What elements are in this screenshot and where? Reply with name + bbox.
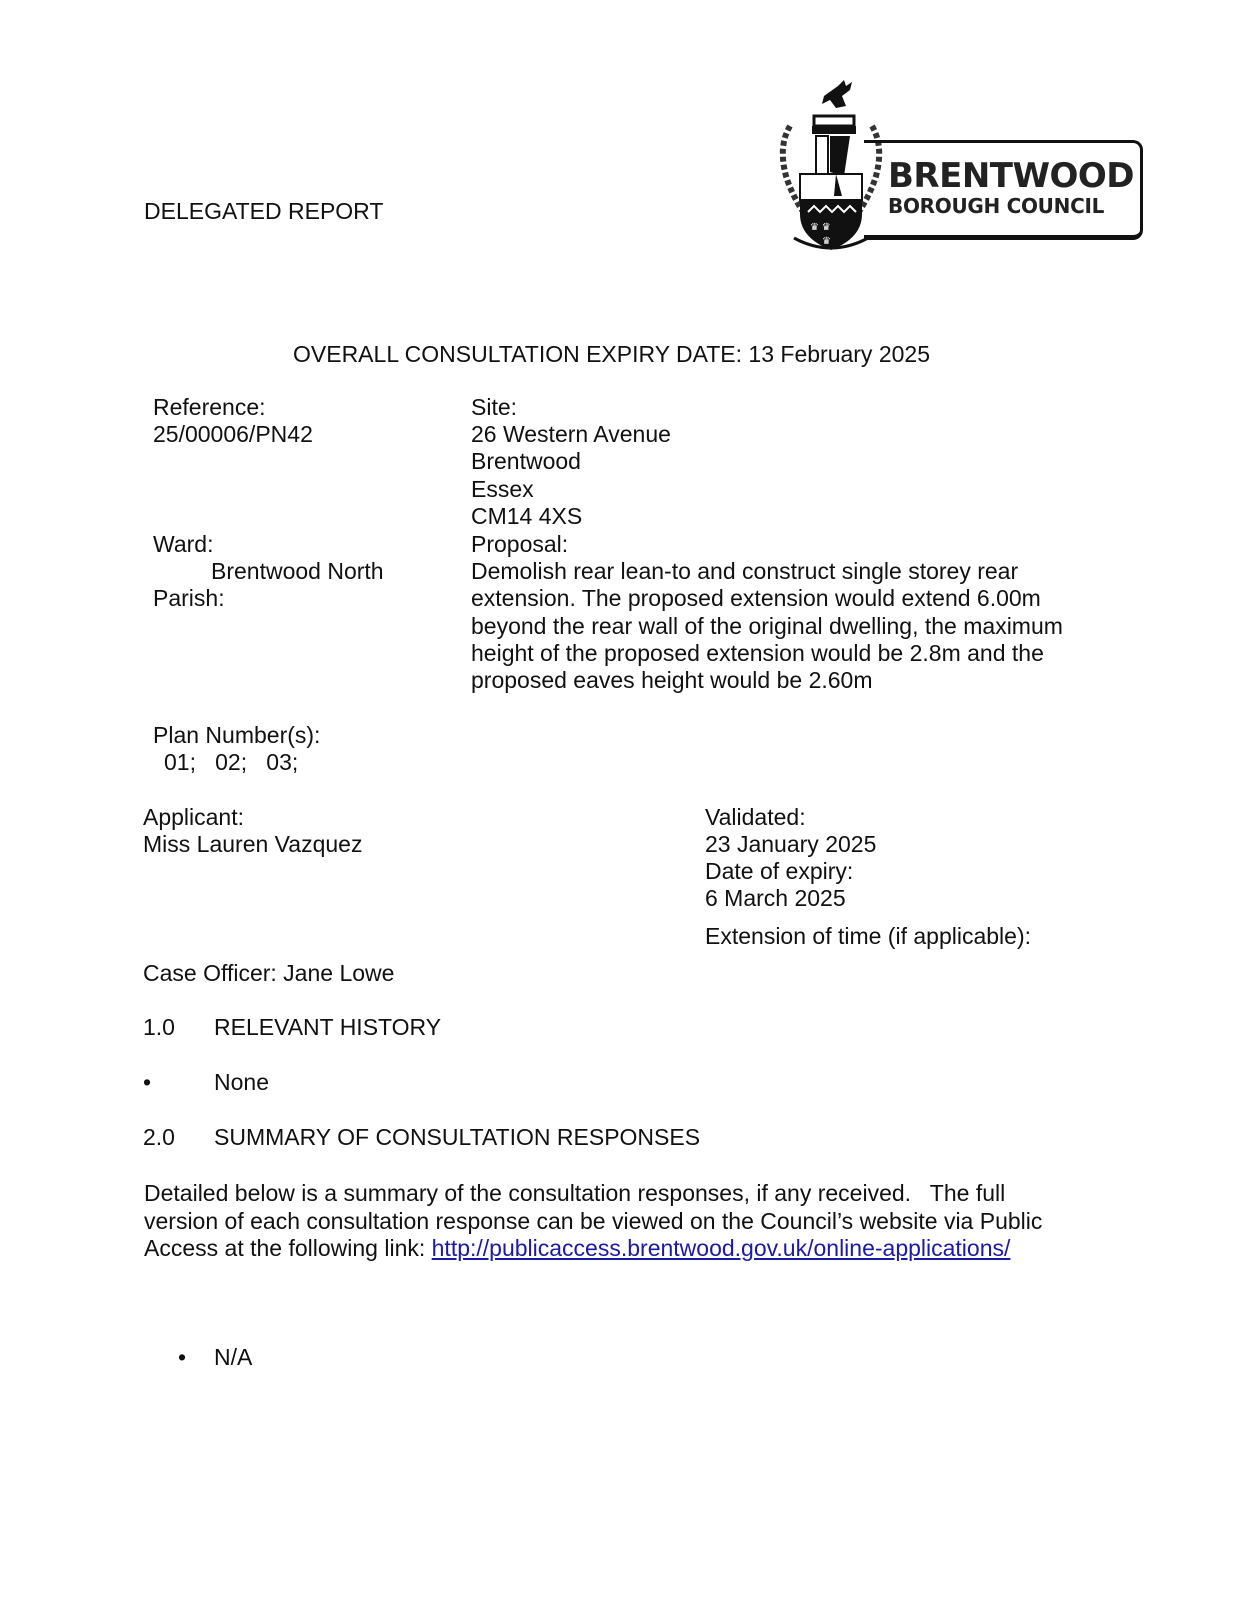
validated-label: Validated: xyxy=(705,804,806,831)
expiry-value: 6 March 2025 xyxy=(705,885,846,912)
site-line: CM14 4XS xyxy=(471,503,582,530)
expiry-label: Date of expiry: xyxy=(705,858,853,885)
proposal-label: Proposal: xyxy=(471,531,568,558)
applicant-value: Miss Lauren Vazquez xyxy=(143,831,362,858)
section-heading-consultation-responses: SUMMARY OF CONSULTATION RESPONSES xyxy=(214,1124,700,1151)
ward-value: Brentwood North xyxy=(211,558,384,585)
svg-text:♛ ♛: ♛ ♛ xyxy=(810,222,831,233)
applicant-label: Applicant: xyxy=(143,804,244,831)
bullet-icon: • xyxy=(178,1344,186,1371)
site-line: 26 Western Avenue xyxy=(471,421,671,448)
svg-text:♛: ♛ xyxy=(822,236,831,247)
extension-of-time-label: Extension of time (if applicable): xyxy=(705,923,1031,950)
consultation-expiry: OVERALL CONSULTATION EXPIRY DATE: 13 Feb… xyxy=(293,341,930,368)
validated-value: 23 January 2025 xyxy=(705,831,876,858)
public-access-link[interactable]: http://publicaccess.brentwood.gov.uk/onl… xyxy=(432,1235,1011,1261)
parish-label: Parish: xyxy=(153,585,225,612)
logo-line-1: BRENTWOOD xyxy=(888,156,1134,196)
section-number: 1.0 xyxy=(143,1014,175,1041)
reference-label: Reference: xyxy=(153,394,266,421)
proposal-text: Demolish rear lean-to and construct sing… xyxy=(471,558,1091,694)
case-officer: Case Officer: Jane Lowe xyxy=(143,960,394,987)
logo-line-2: BOROUGH COUNCIL xyxy=(888,194,1104,218)
plan-numbers-label: Plan Number(s): xyxy=(153,722,320,749)
plan-numbers-value: 01; 02; 03; xyxy=(164,749,298,776)
ward-label: Ward: xyxy=(153,531,214,558)
consultation-response-item: N/A xyxy=(214,1344,252,1371)
council-logo: ♛ ♛ ♛ BRENTWOOD BOROUGH COUNCIL xyxy=(776,78,1146,256)
section-heading-relevant-history: RELEVANT HISTORY xyxy=(214,1014,441,1041)
section-number: 2.0 xyxy=(143,1124,175,1151)
site-line: Brentwood xyxy=(471,448,581,475)
report-title: DELEGATED REPORT xyxy=(144,198,383,225)
reference-value: 25/00006/PN42 xyxy=(153,421,313,448)
bullet-icon: • xyxy=(143,1069,151,1096)
history-item: None xyxy=(214,1069,269,1096)
site-label: Site: xyxy=(471,394,517,421)
consultation-summary-paragraph: Detailed below is a summary of the consu… xyxy=(144,1180,1044,1263)
site-line: Essex xyxy=(471,476,534,503)
